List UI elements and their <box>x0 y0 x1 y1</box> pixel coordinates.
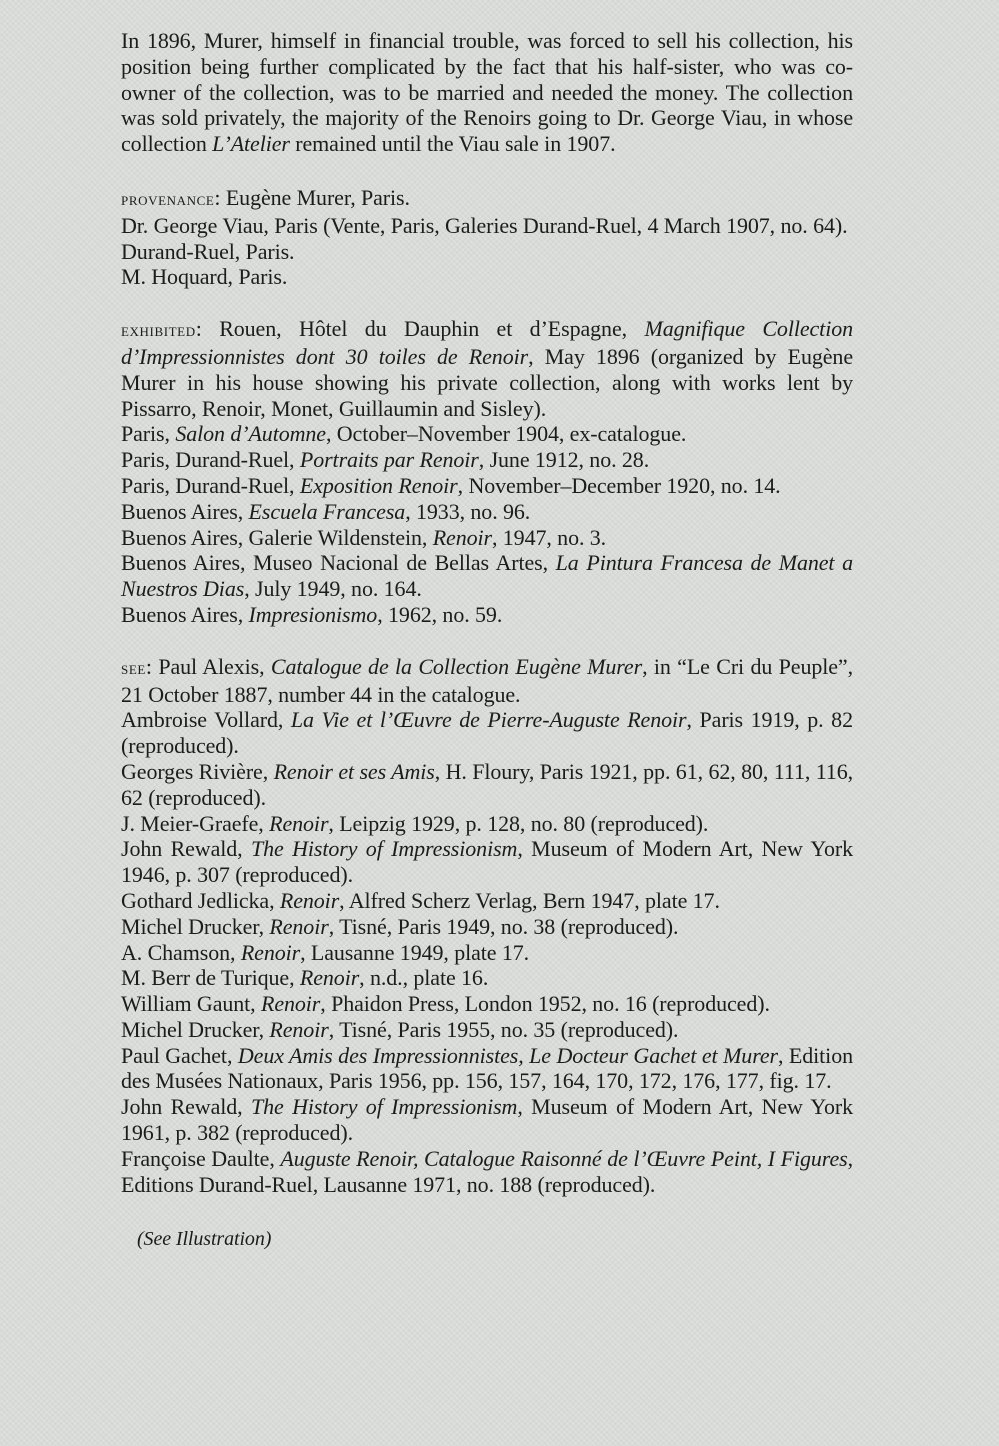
entry-text: , June 1912, no. 28. <box>479 447 649 472</box>
italic-title: Deux Amis des Impressionnistes, Le Docte… <box>238 1043 778 1068</box>
exhibited-entry: Paris, Durand-Ruel, Portraits par Renoir… <box>121 447 853 473</box>
see-entry: Ambroise Vollard, La Vie et l’Œuvre de P… <box>121 707 853 759</box>
italic-title: Impresionismo <box>249 602 378 627</box>
label-colon: : <box>146 654 158 679</box>
entry-text: , Lausanne 1949, plate 17. <box>300 940 529 965</box>
entry-text: Paris, Durand-Ruel, <box>121 473 300 498</box>
entry-text: , 1962, no. 59. <box>377 602 502 627</box>
see-illustration-note: (See Illustration) <box>121 1227 853 1253</box>
italic-title: La Vie et l’Œuvre de Pierre-Auguste Reno… <box>291 707 687 732</box>
catalogue-page: In 1896, Murer, himself in financial tro… <box>121 28 853 1253</box>
entry-text: Buenos Aires, <box>121 602 249 627</box>
entry-text: , November–December 1920, no. 14. <box>458 473 781 498</box>
entry-text: , Alfred Scherz Verlag, Bern 1947, plate… <box>339 888 720 913</box>
entry-text: Michel Drucker, <box>121 914 269 939</box>
italic-title: Renoir <box>269 914 328 939</box>
entry-text: M. Berr de Turique, <box>121 965 300 990</box>
provenance-section: provenance: Eugène Murer, Paris.Dr. Geor… <box>121 185 853 290</box>
exhibited-entry: Buenos Aires, Impresionismo, 1962, no. 5… <box>121 602 853 628</box>
italic-title: The History of Impressionism <box>251 836 517 861</box>
intro-text-2: remained until the Viau sale in 1907. <box>290 131 616 156</box>
provenance-label: provenance <box>121 189 214 209</box>
see-entry: William Gaunt, Renoir, Phaidon Press, Lo… <box>121 991 853 1017</box>
entry-text: Ambroise Vollard, <box>121 707 291 732</box>
entry-text: , Leipzig 1929, p. 128, no. 80 (reproduc… <box>328 811 708 836</box>
entry-text: William Gaunt, <box>121 991 261 1016</box>
see-entry: Georges Rivière, Renoir et ses Amis, H. … <box>121 759 853 811</box>
bibliography-list: see: Paul Alexis, Catalogue de la Collec… <box>121 654 853 1198</box>
provenance-list: provenance: Eugène Murer, Paris.Dr. Geor… <box>121 185 853 290</box>
entry-text: , 1933, no. 96. <box>405 499 530 524</box>
entry-text: , 1947, no. 3. <box>492 525 606 550</box>
see-entry: Françoise Daulte, Auguste Renoir, Catalo… <box>121 1146 853 1198</box>
entry-text: A. Chamson, <box>121 940 241 965</box>
see-entry: John Rewald, The History of Impressionis… <box>121 1094 853 1146</box>
italic-title: Auguste Renoir, Catalogue Raisonné de l’… <box>280 1146 847 1171</box>
exhibited-entry: Buenos Aires, Museo Nacional de Bellas A… <box>121 550 853 602</box>
entry-text: , Tisné, Paris 1949, no. 38 (reproduced)… <box>329 914 679 939</box>
italic-title: Portraits par Renoir <box>300 447 479 472</box>
italic-title: Escuela Francesa <box>249 499 406 524</box>
see-entry: Michel Drucker, Renoir, Tisné, Paris 195… <box>121 1017 853 1043</box>
entry-text: Georges Rivière, <box>121 759 274 784</box>
entry-text: Gothard Jedlicka, <box>121 888 280 913</box>
italic-title: Renoir <box>280 888 339 913</box>
entry-text: Michel Drucker, <box>121 1017 269 1042</box>
entry-text: M. Hoquard, Paris. <box>121 264 287 289</box>
exhibited-entry: exhibited: Rouen, Hôtel du Dauphin et d’… <box>121 316 853 421</box>
entry-text: Paris, Durand-Ruel, <box>121 447 300 472</box>
italic-title: Salon d’Automne <box>175 421 326 446</box>
provenance-entry: M. Hoquard, Paris. <box>121 264 853 290</box>
label-colon: : <box>196 316 219 341</box>
entry-text: , July 1949, no. 164. <box>244 576 422 601</box>
see-entry: A. Chamson, Renoir, Lausanne 1949, plate… <box>121 940 853 966</box>
entry-text: , Tisné, Paris 1955, no. 35 (reproduced)… <box>329 1017 679 1042</box>
entry-text: Buenos Aires, <box>121 499 249 524</box>
entry-text: Buenos Aires, Galerie Wildenstein, <box>121 525 433 550</box>
italic-title: Exposition Renoir <box>300 473 458 498</box>
provenance-entry: provenance: Eugène Murer, Paris. <box>121 185 853 213</box>
see-entry: M. Berr de Turique, Renoir, n.d., plate … <box>121 965 853 991</box>
entry-text: , n.d., plate 16. <box>359 965 488 990</box>
entry-text: Françoise Daulte, <box>121 1146 280 1171</box>
see-entry: Gothard Jedlicka, Renoir, Alfred Scherz … <box>121 888 853 914</box>
entry-text: Dr. George Viau, Paris (Vente, Paris, Ga… <box>121 213 848 238</box>
see-label: see <box>121 658 146 678</box>
see-entry: Paul Gachet, Deux Amis des Impressionnis… <box>121 1043 853 1095</box>
entry-text: Paul Gachet, <box>121 1043 238 1068</box>
italic-title: Renoir <box>433 525 492 550</box>
provenance-entry: Dr. George Viau, Paris (Vente, Paris, Ga… <box>121 213 853 239</box>
entry-text: John Rewald, <box>121 836 251 861</box>
see-entry: John Rewald, The History of Impressionis… <box>121 836 853 888</box>
italic-title: Renoir <box>269 1017 328 1042</box>
entry-text: , October–November 1904, ex-catalogue. <box>326 421 686 446</box>
exhibited-entry: Buenos Aires, Galerie Wildenstein, Renoi… <box>121 525 853 551</box>
exhibited-entry: Paris, Salon d’Automne, October–November… <box>121 421 853 447</box>
exhibited-section: exhibited: Rouen, Hôtel du Dauphin et d’… <box>121 316 853 628</box>
see-entry: Michel Drucker, Renoir, Tisné, Paris 194… <box>121 914 853 940</box>
entry-text: Paris, <box>121 421 175 446</box>
entry-text: Durand-Ruel, Paris. <box>121 239 294 264</box>
intro-paragraph: In 1896, Murer, himself in financial tro… <box>121 28 853 157</box>
exhibited-entry: Paris, Durand-Ruel, Exposition Renoir, N… <box>121 473 853 499</box>
italic-title: Renoir <box>241 940 300 965</box>
provenance-entry: Durand-Ruel, Paris. <box>121 239 853 265</box>
exhibited-list: exhibited: Rouen, Hôtel du Dauphin et d’… <box>121 316 853 628</box>
entry-text: J. Meier-Graefe, <box>121 811 269 836</box>
see-entry: J. Meier-Graefe, Renoir, Leipzig 1929, p… <box>121 811 853 837</box>
entry-text: Rouen, Hôtel du Dauphin et d’Espagne, <box>219 316 644 341</box>
entry-text: Eugène Murer, Paris. <box>226 185 410 210</box>
exhibited-label: exhibited <box>121 320 196 340</box>
italic-title: Renoir <box>269 811 328 836</box>
entry-text: Buenos Aires, Museo Nacional de Bellas A… <box>121 550 556 575</box>
italic-title: The History of Impressionism <box>251 1094 517 1119</box>
italic-title: Renoir <box>261 991 320 1016</box>
see-entry: see: Paul Alexis, Catalogue de la Collec… <box>121 654 853 708</box>
italic-title: Renoir et ses Amis <box>274 759 435 784</box>
exhibited-entry: Buenos Aires, Escuela Francesa, 1933, no… <box>121 499 853 525</box>
entry-text: John Rewald, <box>121 1094 251 1119</box>
entry-text: , Phaidon Press, London 1952, no. 16 (re… <box>320 991 770 1016</box>
italic-title: Catalogue de la Collection Eugène Murer <box>271 654 642 679</box>
italic-title: Renoir <box>300 965 359 990</box>
label-colon: : <box>214 185 225 210</box>
see-section: see: Paul Alexis, Catalogue de la Collec… <box>121 654 853 1198</box>
entry-text: Paul Alexis, <box>158 654 271 679</box>
intro-artwork-title: L’Atelier <box>212 131 290 156</box>
